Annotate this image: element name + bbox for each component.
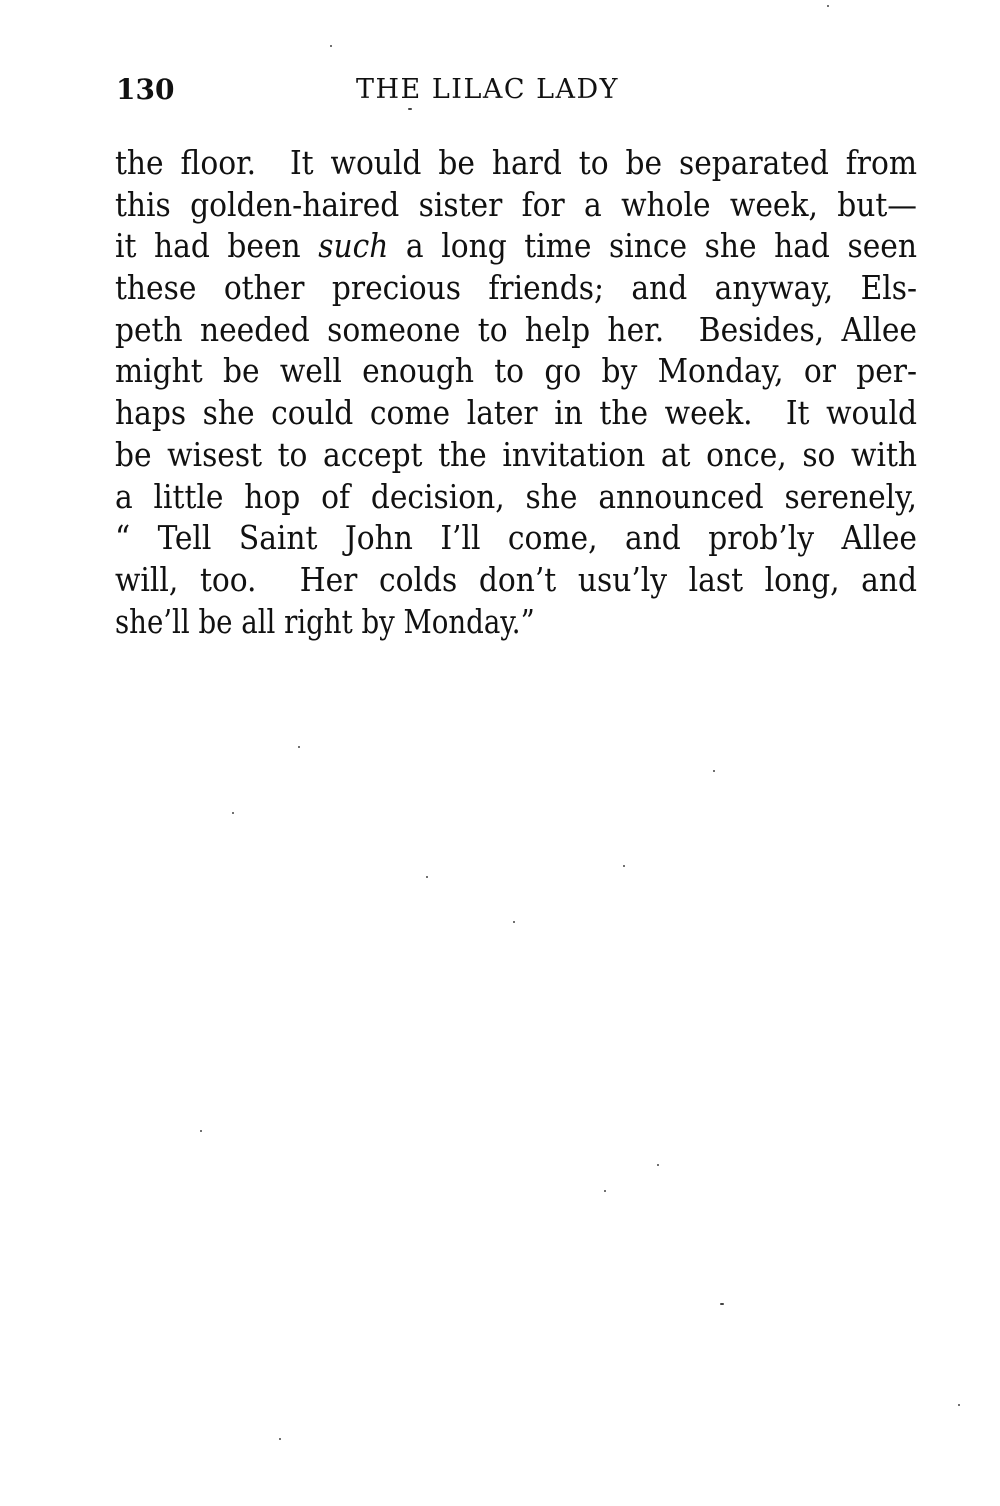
scan-speck [200,1130,202,1132]
scan-speck [657,1164,659,1166]
scan-speck [720,1303,724,1305]
scan-speck [330,45,332,47]
scan-speck [604,1190,606,1192]
running-title: THE LILAC LADY [356,70,676,110]
scan-speck [279,1438,281,1440]
text-line: “ Tell Saint John I’ll come, and prob’ly… [115,517,917,559]
text-line: the floor. It would be hard to be separa… [115,142,917,184]
scan-speck [426,876,428,878]
scan-speck [827,5,829,7]
emphasis: such [318,226,388,265]
text-line: be wisest to accept the invitation at on… [115,434,917,476]
text-line: peth needed someone to help her. Besides… [115,309,917,351]
scan-speck [623,865,625,867]
book-page: 130 THE LILAC LADY the floor. It would b… [0,0,1000,1506]
text-line: haps she could come later in the week. I… [115,392,917,434]
text-line: might be well enough to go by Monday, or… [115,350,917,392]
text-line: a little hop of decision, she announced … [115,476,917,518]
text-line: this golden-haired sister for a whole we… [115,184,917,226]
text-line: she’ll be all right by Monday.” [115,601,861,643]
body-text: the floor. It would be hard to be separa… [115,142,917,642]
scan-speck [513,921,515,923]
text-line: will, too. Her colds don’t usu’ly last l… [115,559,917,601]
text-line: these other precious friends; and anyway… [115,267,917,309]
scan-speck [958,1404,960,1406]
scan-speck [713,770,715,772]
text-line: it had been such a long time since she h… [115,225,917,267]
page-number: 130 [116,70,174,110]
scan-speck [298,746,300,748]
scan-speck [232,812,234,814]
scan-speck [408,108,412,110]
running-head: 130 THE LILAC LADY [116,70,916,110]
